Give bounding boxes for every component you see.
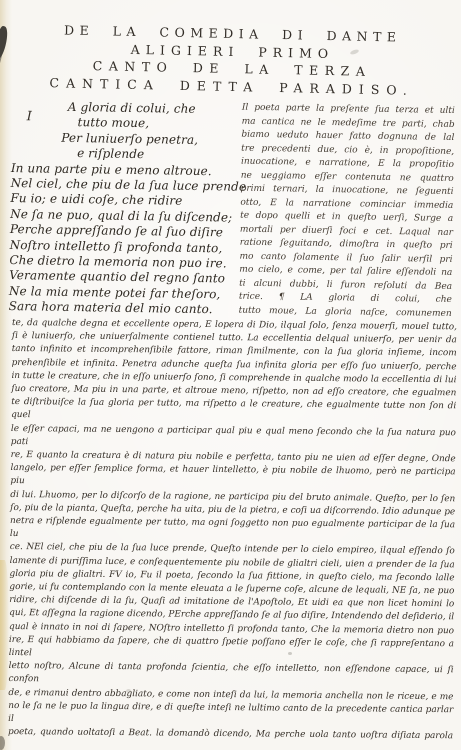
poem-text: A gloria di colui, chetutto moue,Per lun… (7, 97, 242, 318)
page-left-edge-stain-lower (0, 560, 9, 690)
commentary-body-line: le eſſer capaci, ma ne uengono a partici… (11, 422, 456, 453)
two-column-section: I A gloria di colui, chetutto moue,Per l… (7, 97, 455, 322)
commentary-body-line: langelo, per eſſer ſemplice forma, et ha… (10, 462, 455, 493)
page-content: DE LA COMEDIA DI DANTEALIGIERI PRIMOCANT… (0, 0, 461, 739)
book-page-scan: DE LA COMEDIA DI DANTEALIGIERI PRIMOCANT… (0, 0, 461, 750)
commentary-line: tutto moue, La gloria naſce, comunemen (239, 304, 452, 321)
canto-number: I (27, 109, 32, 124)
page-title: DE LA COMEDIA DI DANTEALIGIERI PRIMOCANT… (9, 0, 456, 100)
scan-speck (126, 689, 131, 693)
poem-line: Sara hora materia del mio canto. (9, 299, 239, 318)
commentary-body-line: te diſtribuiſce la ſua gloria per tutto,… (11, 396, 456, 427)
commentary-body-line: no le ſa ne le puo la lingua dire, e di … (8, 700, 453, 731)
commentary-body-line: letto noſtro, Alcune di tanta profonda ſ… (8, 660, 453, 691)
commentary-body: te, da qualche degna et eccellente opera… (8, 317, 457, 744)
commentary-column: Il poeta parte la preſente ſua terza et … (239, 101, 455, 322)
poem-column: I A gloria di colui, chetutto moue,Per l… (7, 97, 242, 318)
commentary-body-line: ire, E qui habbiamo da ſapere, che di qu… (9, 634, 454, 665)
commentary-body-line: netra e riſplende egualmente per tutto, … (10, 515, 455, 546)
scan-speck (288, 652, 292, 655)
